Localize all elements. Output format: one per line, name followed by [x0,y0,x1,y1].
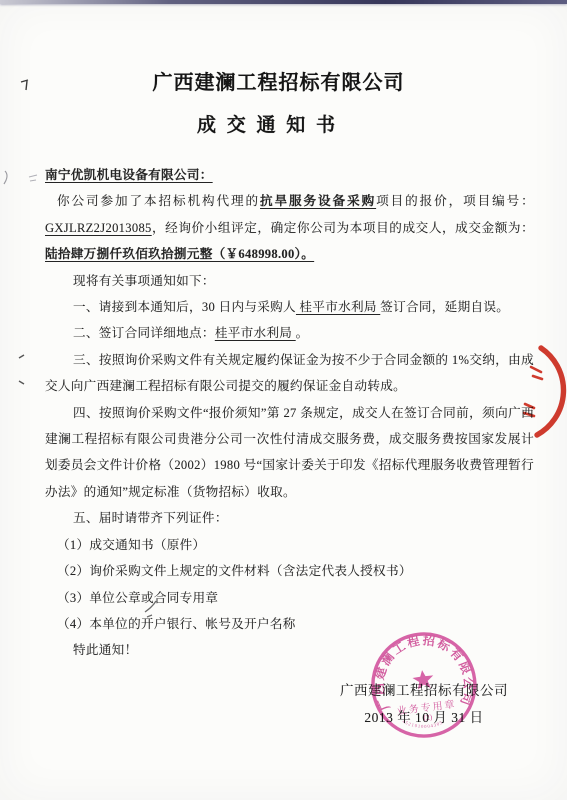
scanned-document-page: 广西建澜工程招标有限公司 成 交 通 知 书 南宁优凯机电设备有限公司：你公司参… [0,0,567,800]
paragraph-para-intro: 现将有关事项通知如下： [45,268,534,294]
paragraph-sub-2: （2）询价采购文件上规定的文件材料（含法定代表人授权书） [45,558,534,584]
paragraph-item-5: 五、届时请带齐下列证件： [45,505,534,531]
scan-mark [18,379,26,387]
document-body: 南宁优凯机电设备有限公司：你公司参加了本招标机构代理的抗旱服务设备采购项目的报价… [45,162,534,664]
document-title: 成 交 通 知 书 [0,110,535,137]
text-segment: 项目的报价，项目编号： [376,194,534,208]
text-segment: 二、签订合同详细地点： [73,326,215,340]
pencil-mark [142,599,159,620]
paragraph-para-award: 你公司参加了本招标机构代理的抗旱服务设备采购项目的报价，项目编号：GXJLRZ2… [45,188,534,267]
seal-arc [537,348,563,435]
text-segment: 一、请接到本通知后，30 日内与采购人 [73,300,296,314]
stamp-number: (2) [423,712,433,722]
text-segment: 特此通知！ [73,643,137,657]
paragraph-item-2: 二、签订合同详细地点：桂平市水利局 。 [45,320,534,346]
scan-mark [18,353,26,361]
paragraph-item-1: 一、请接到本通知后，30 日内与采购人 桂平市水利局 签订合同，延期自误。 [45,294,534,320]
text-segment: 四、按照询价采购文件“报价须知”第 27 条规定，成交人在签订合同前，须向广西建… [45,406,534,499]
text-segment: （3）单位公章或合同专用章 [57,591,218,605]
seal-fragment-icon [524,404,534,416]
text-segment: 陆拾肆万捌仟玖佰玖拾捌元整（￥648998.00）。 [45,247,314,261]
scan-mark [28,173,39,184]
scan-mark [20,79,32,92]
text-segment: （4）本单位的开户银行、帐号及开户名称 [57,617,296,631]
text-segment: ，经询价小组评定，确定你公司为本项目的成交人，成交金额为： [152,221,534,235]
star-icon [412,669,435,690]
text-segment: GXJLRZ2J2013085 [45,221,152,235]
paragraph-item-3: 三、按照询价采购文件有关规定履约保证金为按不少于合同金额的 1%交纳，由成交人向… [45,347,534,400]
document-company-title: 广西建澜工程招标有限公司 [0,66,557,95]
paragraph-salutation: 南宁优凯机电设备有限公司： [45,162,534,188]
text-segment: 桂平市水利局 [296,300,380,314]
scan-mark [3,169,13,187]
paragraph-sub-3: （3）单位公章或合同专用章 [45,585,534,611]
seal-fragment-icon [531,367,542,379]
text-segment: 现将有关事项通知如下： [73,274,215,288]
text-segment: 南宁优凯机电设备有限公司： [45,168,213,182]
paragraph-sub-1: （1）成交通知书（原件） [45,532,534,558]
text-segment: 五、届时请带齐下列证件： [73,511,228,525]
text-segment: 三、按照询价采购文件有关规定履约保证金为按不少于合同金额的 1%交纳，由成交人向… [45,353,534,393]
scan-edge-band [0,0,567,4]
text-segment: 抗旱服务设备采购 [260,194,376,208]
paragraph-item-4: 四、按照询价采购文件“报价须知”第 27 条规定，成交人在签订合同前，须向广西建… [45,400,534,506]
text-segment: 你公司参加了本招标机构代理的 [57,194,260,208]
company-round-stamp-icon: 广西建澜工程招标有限公司 业务专用章 (2) 4521010004305 [362,624,487,749]
text-segment: 。 [296,326,309,340]
text-segment: 桂平市水利局 [215,326,296,340]
text-segment: （2）询价采购文件上规定的文件材料（含法定代表人授权书） [57,564,412,578]
text-segment: 签订合同，延期自误。 [380,300,509,314]
partial-seal-arc-icon [505,336,567,448]
text-segment: （1）成交通知书（原件） [57,538,205,552]
